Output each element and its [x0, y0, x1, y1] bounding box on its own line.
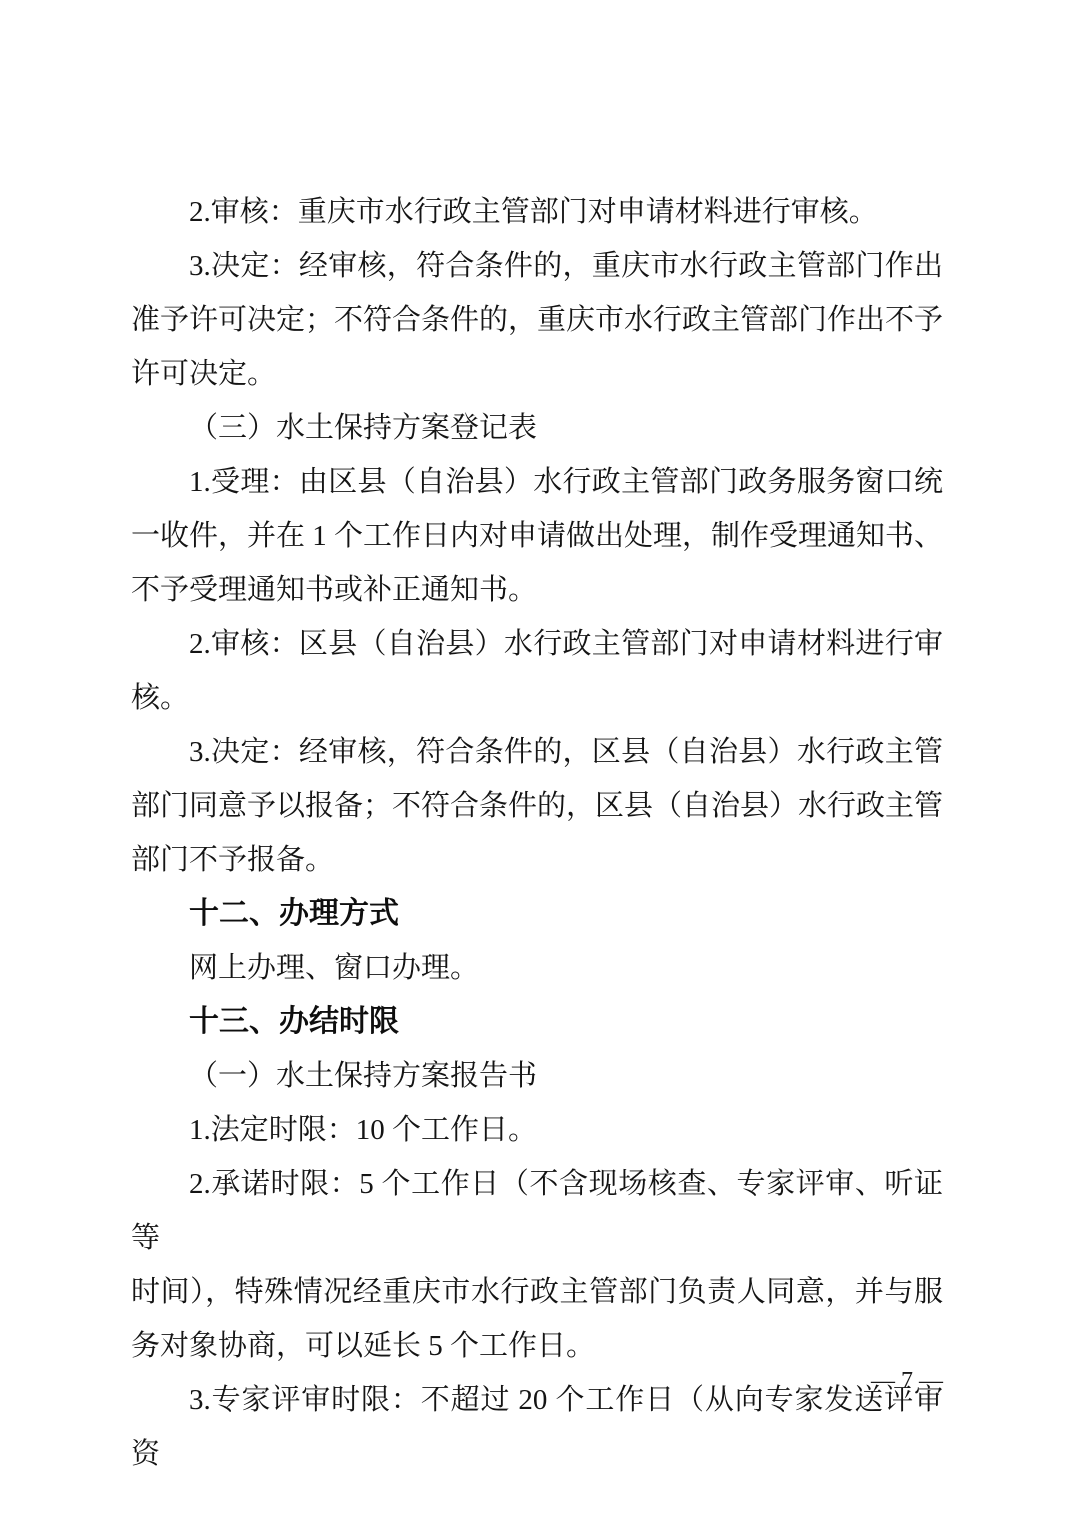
- body-text-line: 准予许可决定；不符合条件的，重庆市水行政主管部门作出不予: [131, 293, 943, 347]
- body-text-line: 1.法定时限：10 个工作日。: [131, 1103, 943, 1157]
- body-text-line: （三）水土保持方案登记表: [131, 401, 943, 455]
- body-text-line: 时间），特殊情况经重庆市水行政主管部门负责人同意，并与服: [131, 1265, 943, 1319]
- body-text-line: （一）水土保持方案报告书: [131, 1049, 943, 1103]
- body-text-line: 部门同意予以报备；不符合条件的，区县（自治县）水行政主管: [131, 779, 943, 833]
- body-text-line: 一收件，并在 1 个工作日内对申请做出处理，制作受理通知书、: [131, 509, 943, 563]
- body-text-line: 网上办理、窗口办理。: [131, 941, 943, 995]
- section-heading: 十三、办结时限: [131, 995, 943, 1049]
- body-text-line: 不予受理通知书或补正通知书。: [131, 563, 943, 617]
- body-text-line: 1.受理：由区县（自治县）水行政主管部门政务服务窗口统: [131, 455, 943, 509]
- body-text-line: 部门不予报备。: [131, 833, 943, 887]
- body-text-line: 3.专家评审时限：不超过 20 个工作日（从向专家发送评审资: [131, 1373, 943, 1481]
- body-text-line: 许可决定。: [131, 347, 943, 401]
- document-page: 2.审核：重庆市水行政主管部门对申请材料进行审核。3.决定：经审核，符合条件的，…: [0, 0, 1074, 1520]
- document-body: 2.审核：重庆市水行政主管部门对申请材料进行审核。3.决定：经审核，符合条件的，…: [131, 185, 943, 1481]
- body-text-line: 核。: [131, 671, 943, 725]
- page-number: — 7 —: [871, 1366, 943, 1396]
- section-heading: 十二、办理方式: [131, 887, 943, 941]
- body-text-line: 3.决定：经审核，符合条件的，重庆市水行政主管部门作出: [131, 239, 943, 293]
- body-text-line: 2.承诺时限：5 个工作日（不含现场核查、专家评审、听证等: [131, 1157, 943, 1265]
- body-text-line: 2.审核：区县（自治县）水行政主管部门对申请材料进行审: [131, 617, 943, 671]
- body-text-line: 3.决定：经审核，符合条件的，区县（自治县）水行政主管: [131, 725, 943, 779]
- body-text-line: 2.审核：重庆市水行政主管部门对申请材料进行审核。: [131, 185, 943, 239]
- body-text-line: 务对象协商，可以延长 5 个工作日。: [131, 1319, 943, 1373]
